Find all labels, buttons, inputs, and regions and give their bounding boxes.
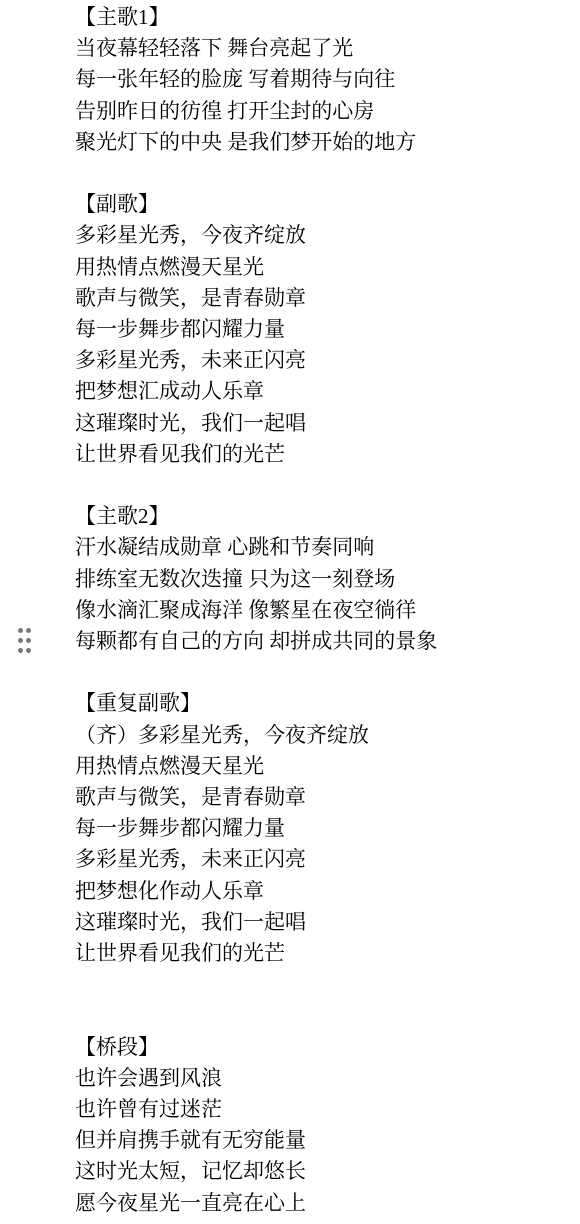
lyric-line: 当夜幕轻轻落下 舞台亮起了光 <box>75 33 570 64</box>
lyric-line: 用热情点燃漫天星光 <box>75 751 570 782</box>
lyric-line: 把梦想汇成动人乐章 <box>75 376 570 407</box>
lyric-line: 告别昨日的彷徨 打开尘封的心房 <box>75 96 570 127</box>
grip-dot <box>18 648 23 653</box>
grip-dot <box>26 638 31 643</box>
lyric-line: 用热情点燃漫天星光 <box>75 252 570 283</box>
lyric-section: 【主歌2】 汗水凝结成勋章 心跳和节奏同响排练室无数次迭撞 只为这一刻登场像水滴… <box>75 501 570 657</box>
grip-dot <box>18 638 23 643</box>
lyric-line: 像水滴汇聚成海洋 像繁星在夜空徜徉 <box>75 595 570 626</box>
lyric-section: 【主歌1】 当夜幕轻轻落下 舞台亮起了光每一张年轻的脸庞 写着期待与向往告别昨日… <box>75 2 570 158</box>
grip-dot <box>18 628 23 633</box>
lyric-line: 这璀璨时光，我们一起唱 <box>75 408 570 439</box>
lyric-line: 每一步舞步都闪耀力量 <box>75 314 570 345</box>
lyric-line: 排练室无数次迭撞 只为这一刻登场 <box>75 564 570 595</box>
grip-dot <box>26 648 31 653</box>
lyric-line: 也许曾有过迷茫 <box>75 1094 570 1125</box>
section-heading: 【副歌】 <box>75 189 570 220</box>
section-heading: 【主歌1】 <box>75 2 570 33</box>
lyric-section: 【副歌】 多彩星光秀，今夜齐绽放用热情点燃漫天星光歌声与微笑，是青春勋章每一步舞… <box>75 189 570 470</box>
lyric-line: 多彩星光秀，未来正闪亮 <box>75 844 570 875</box>
lyrics-document: 【主歌1】 当夜幕轻轻落下 舞台亮起了光每一张年轻的脸庞 写着期待与向往告别昨日… <box>75 2 570 1219</box>
drag-handle-icon[interactable] <box>16 626 33 655</box>
lyric-line: 但并肩携手就有无穷能量 <box>75 1125 570 1156</box>
lyric-line: （齐）多彩星光秀，今夜齐绽放 <box>75 720 570 751</box>
lyric-line: 歌声与微笑，是青春勋章 <box>75 283 570 314</box>
lyric-line: 每一张年轻的脸庞 写着期待与向往 <box>75 64 570 95</box>
lyric-line: 让世界看见我们的光芒 <box>75 938 570 969</box>
lyric-line: 每颗都有自己的方向 却拼成共同的景象 <box>75 626 570 657</box>
lyric-line: 让世界看见我们的光芒 <box>75 439 570 470</box>
lyric-line: 每一步舞步都闪耀力量 <box>75 813 570 844</box>
lyric-section: 【重复副歌】 （齐）多彩星光秀，今夜齐绽放用热情点燃漫天星光歌声与微笑，是青春勋… <box>75 688 570 969</box>
section-heading: 【桥段】 <box>75 1032 570 1063</box>
lyric-line: 这璀璨时光，我们一起唱 <box>75 907 570 938</box>
lyric-line: 也许会遇到风浪 <box>75 1063 570 1094</box>
grip-dot <box>26 628 31 633</box>
lyric-line: 多彩星光秀，未来正闪亮 <box>75 345 570 376</box>
section-heading: 【主歌2】 <box>75 501 570 532</box>
lyric-line: 这时光太短，记忆却悠长 <box>75 1156 570 1187</box>
section-heading: 【重复副歌】 <box>75 688 570 719</box>
lyric-line: 把梦想化作动人乐章 <box>75 876 570 907</box>
lyric-line: 愿今夜星光一直亮在心上 <box>75 1188 570 1219</box>
lyric-line: 多彩星光秀，今夜齐绽放 <box>75 220 570 251</box>
lyric-line: 歌声与微笑，是青春勋章 <box>75 782 570 813</box>
lyric-line: 聚光灯下的中央 是我们梦开始的地方 <box>75 127 570 158</box>
lyric-section: 【桥段】 也许会遇到风浪也许曾有过迷茫但并肩携手就有无穷能量这时光太短，记忆却悠… <box>75 1032 570 1219</box>
lyric-line: 汗水凝结成勋章 心跳和节奏同响 <box>75 532 570 563</box>
lyrics-page: 【主歌1】 当夜幕轻轻落下 舞台亮起了光每一张年轻的脸庞 写着期待与向往告别昨日… <box>0 0 580 1224</box>
